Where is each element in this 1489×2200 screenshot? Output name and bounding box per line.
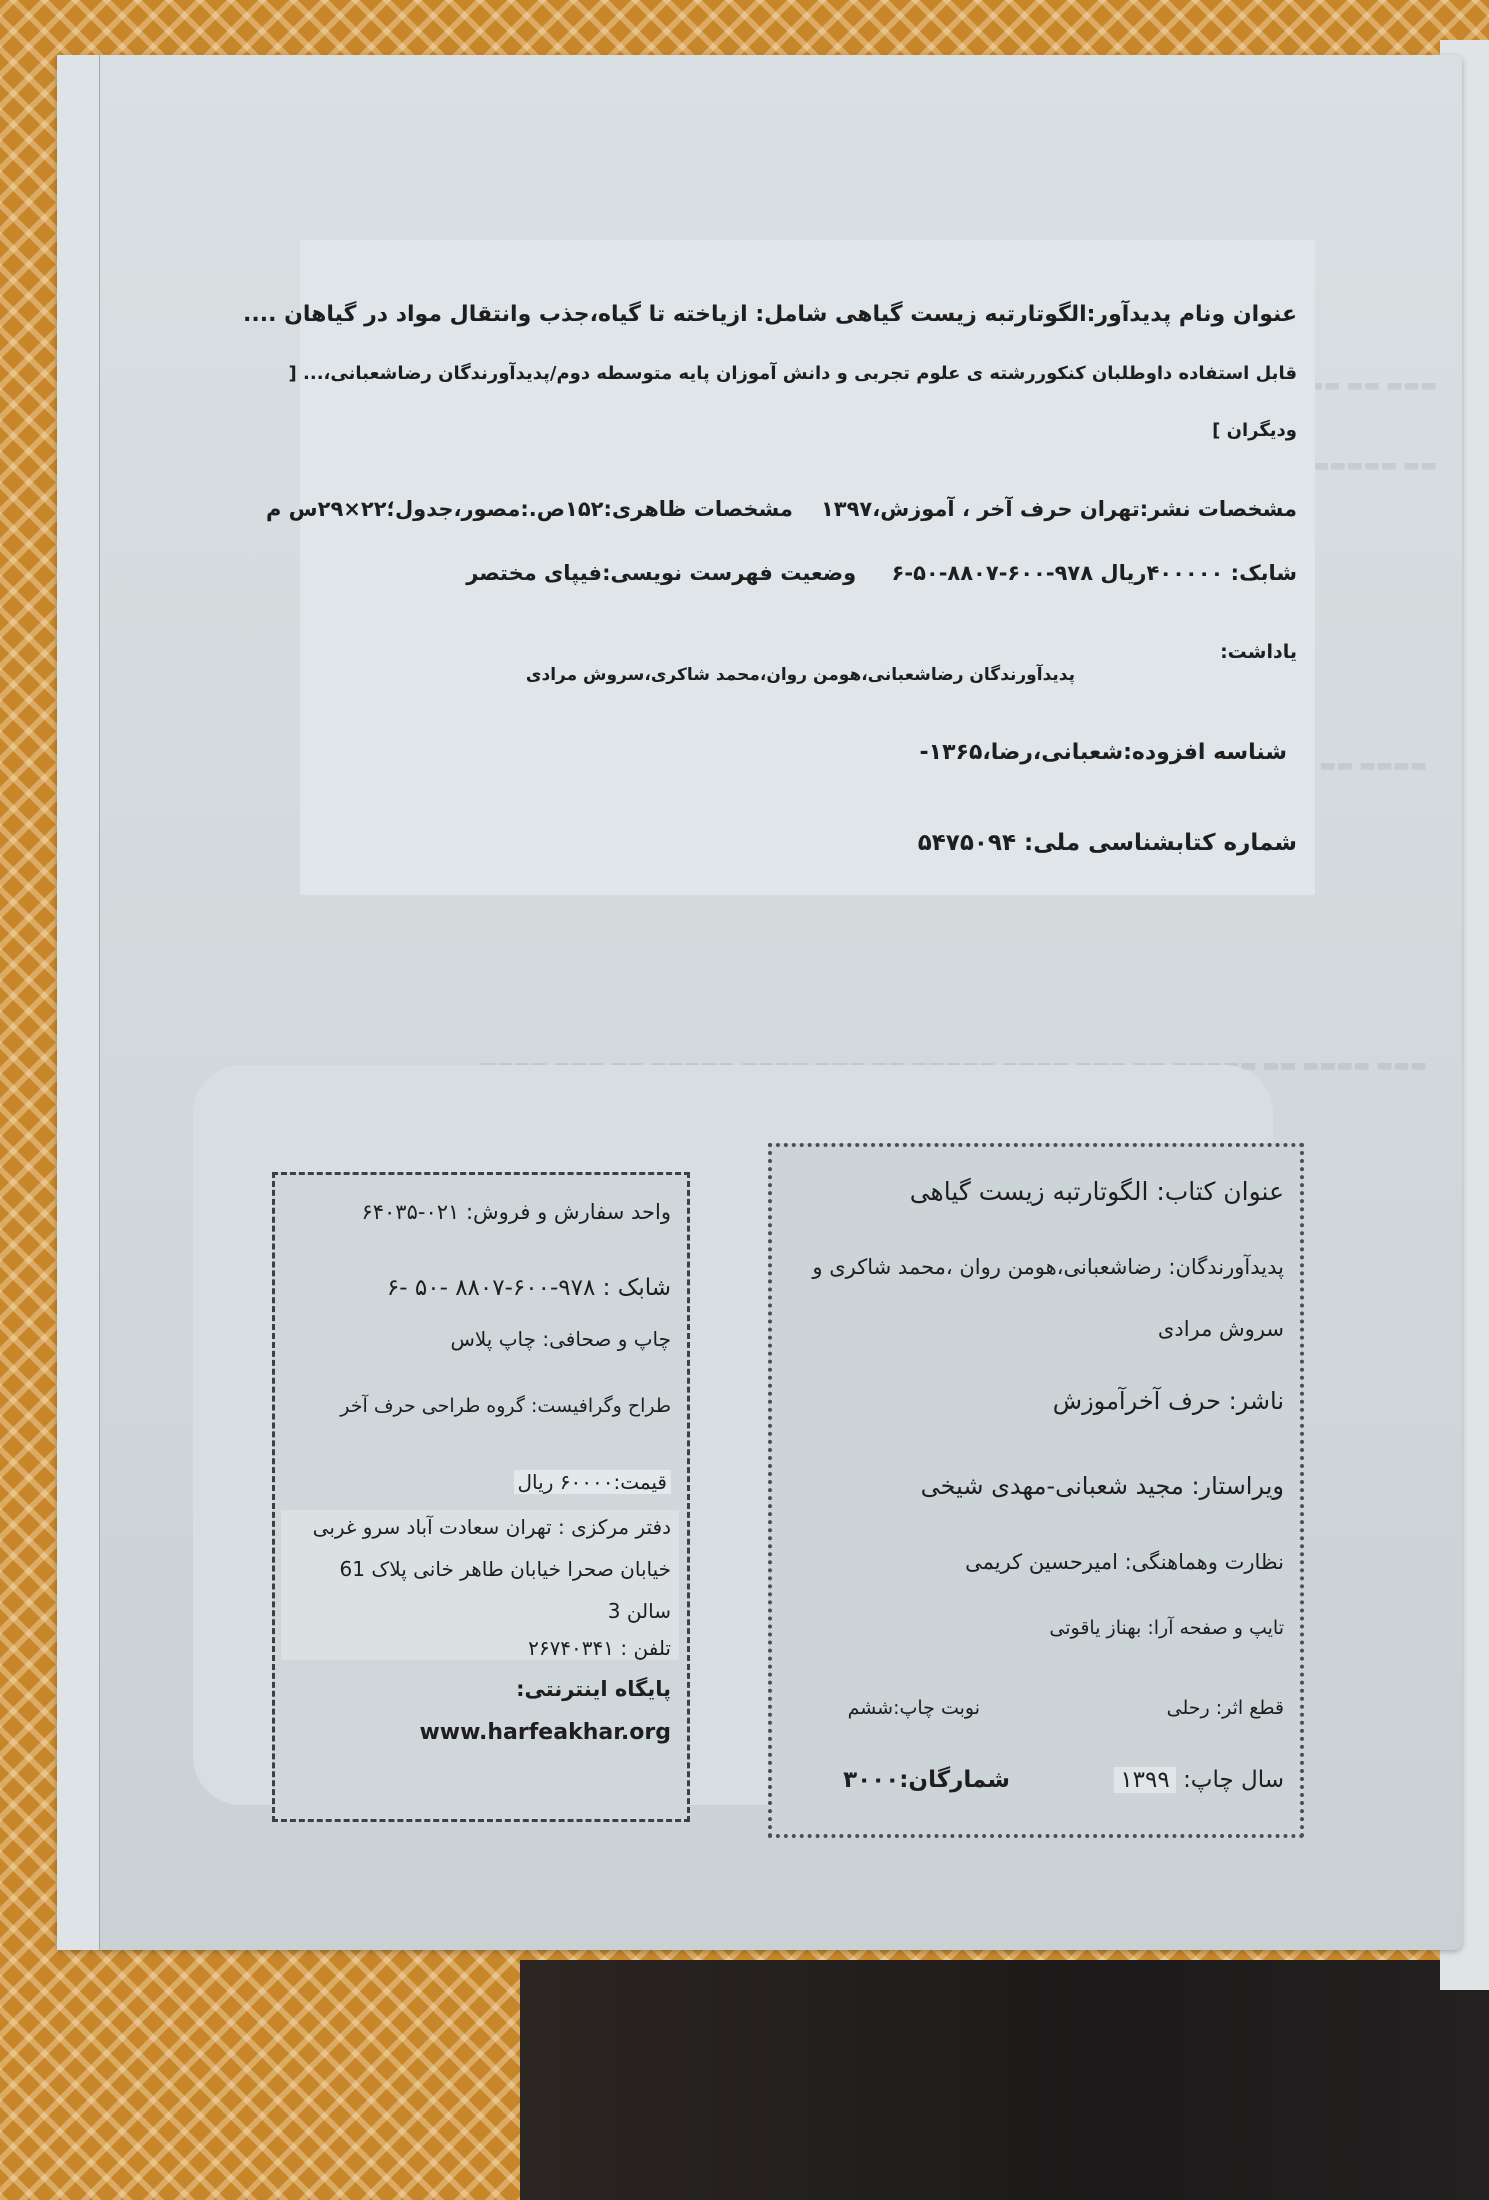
print-round-label: نوبت چاپ: bbox=[893, 1697, 980, 1719]
authors-row: پدیدآورندگان: رضاشعبانی،هومن روان ،محمد … bbox=[788, 1255, 1284, 1279]
website-label: پایگاه اینترنتی: bbox=[285, 1677, 671, 1701]
typesetting-value: بهناز یاقوتی bbox=[1049, 1617, 1141, 1639]
catalog-title-label: عنوان ونام پدیدآور: bbox=[1087, 302, 1297, 327]
print-round-row: نوبت چاپ:ششم bbox=[788, 1697, 980, 1719]
copies-row: شمارگان:۳۰۰۰ bbox=[788, 1767, 1010, 1793]
publisher-label: ناشر: bbox=[1229, 1387, 1284, 1415]
cataloging-in-publication-record: عنوان ونام پدیدآور:الگوتارتبه زیست گیاهی… bbox=[300, 240, 1315, 895]
catalog-isbn-line: شابک: ۴۰۰۰۰۰ریال ۹۷۸-۶۰۰-۸۸۰۷-۵۰-۶ وضعیت… bbox=[318, 561, 1297, 585]
added-entry-value: شعبانی،رضا،۱۳۶۵- bbox=[920, 740, 1124, 765]
book-info-box: عنوان کتاب: الگوتارتبه زیست گیاهی پدیدآو… bbox=[768, 1143, 1304, 1838]
designer-row: طراح وگرافیست: گروه طراحی حرف آخر bbox=[285, 1395, 671, 1417]
contact-isbn-label: شابک : bbox=[603, 1275, 671, 1301]
catalog-title-continuation-2: ودیگران ] bbox=[318, 420, 1297, 441]
printing-label: چاپ و صحافی: bbox=[542, 1327, 671, 1351]
price-label: قیمت: bbox=[613, 1470, 667, 1494]
price-row: قیمت:۶۰۰۰۰ ریال bbox=[285, 1470, 671, 1494]
sales-phone: ۰۲۱-۶۴۰۳۵ bbox=[361, 1200, 459, 1224]
format-label: قطع اثر: bbox=[1216, 1697, 1284, 1719]
copies-label: شمارگان: bbox=[899, 1767, 1010, 1793]
designer-value: گروه طراحی حرف آخر bbox=[340, 1395, 525, 1417]
note-value: پدیدآورندگان رضاشعبانی،هومن روان،محمد شا… bbox=[318, 665, 1075, 685]
print-year-value: ۱۳۹۹ bbox=[1114, 1767, 1175, 1793]
publisher-row: ناشر: حرف آخرآموزش bbox=[788, 1387, 1284, 1415]
format-value: رحلی bbox=[1167, 1697, 1210, 1719]
printing-value: چاپ پلاس bbox=[450, 1327, 536, 1351]
print-year-label: سال چاپ: bbox=[1183, 1767, 1284, 1793]
book-title-row: عنوان کتاب: الگوتارتبه زیست گیاهی bbox=[788, 1177, 1284, 1206]
price-value: ۶۰۰۰۰ ریال bbox=[518, 1470, 614, 1494]
typesetting-row: تایپ و صفحه آرا: بهناز یاقوتی bbox=[788, 1617, 1284, 1639]
physical-label: مشخصات ظاهری: bbox=[604, 497, 793, 521]
cataloging-status-label: وضعیت فهرست نویسی: bbox=[602, 561, 856, 585]
supervision-value: امیرحسین کریمی bbox=[965, 1550, 1118, 1574]
print-round-value: ششم bbox=[848, 1697, 894, 1719]
printing-row: چاپ و صحافی: چاپ پلاس bbox=[285, 1327, 671, 1351]
authors-value: رضاشعبانی،هومن روان ،محمد شاکری و bbox=[812, 1255, 1161, 1279]
address-line-3: سالن 3 bbox=[285, 1599, 671, 1623]
sales-row: واحد سفارش و فروش: ۰۲۱-۶۴۰۳۵ bbox=[285, 1200, 671, 1224]
catalog-publication-line: مشخصات نشر:تهران حرف آخر ، آموزش،۱۳۹۷مشخ… bbox=[318, 497, 1297, 521]
added-entry-label: شناسه افزوده: bbox=[1123, 740, 1287, 765]
publisher-value: حرف آخرآموزش bbox=[1053, 1387, 1221, 1415]
supervision-label: نظارت وهماهنگی: bbox=[1125, 1550, 1284, 1574]
editor-row: ویراستار: مجید شعبانی-مهدی شیخی bbox=[788, 1472, 1284, 1500]
phone-value: ۲۶۷۴۰۳۴۱ bbox=[528, 1636, 614, 1660]
isbn-price: ۴۰۰۰۰۰ریال bbox=[1100, 561, 1223, 585]
catalog-title-continuation: قابل استفاده داوطلبان کنکوررشته ی علوم ت… bbox=[318, 363, 1297, 384]
phone-row: تلفن : ۲۶۷۴۰۳۴۱ bbox=[285, 1636, 671, 1660]
address-line-2: خیابان صحرا خیابان طاهر خانی پلاک 61 bbox=[285, 1557, 671, 1581]
sales-label: واحد سفارش و فروش: bbox=[466, 1200, 671, 1224]
typesetting-label: تایپ و صفحه آرا: bbox=[1147, 1617, 1284, 1639]
editor-value: مجید شعبانی-مهدی شیخی bbox=[921, 1472, 1184, 1500]
national-bib-value: ۵۴۷۵۰۹۴ bbox=[918, 830, 1016, 856]
designer-label: طراح وگرافیست: bbox=[531, 1395, 671, 1417]
background-floor bbox=[520, 1960, 1489, 2200]
national-bib-label: شماره کتابشناسی ملی: bbox=[1024, 830, 1297, 856]
isbn-value: ۹۷۸-۶۰۰-۸۸۰۷-۵۰-۶ bbox=[892, 561, 1094, 585]
publication-label: مشخصات نشر: bbox=[1140, 497, 1297, 521]
contact-isbn-value: ۹۷۸-۶۰۰-۸۸۰۷ -۵۰ -۶ bbox=[387, 1275, 596, 1301]
copies-value: ۳۰۰۰ bbox=[843, 1767, 899, 1793]
physical-value: ۱۵۲ص.:مصور،جدول؛۲۲×۲۹س م bbox=[266, 497, 604, 521]
page-binding-margin bbox=[57, 55, 100, 1950]
address-line-1: دفتر مرکزی : تهران سعادت آباد سرو غربی bbox=[285, 1515, 671, 1539]
cataloging-status-value: فیپای مختصر bbox=[466, 561, 602, 585]
publisher-contact-box: واحد سفارش و فروش: ۰۲۱-۶۴۰۳۵ شابک : ۹۷۸-… bbox=[272, 1172, 690, 1822]
book-title-value: الگوتارتبه زیست گیاهی bbox=[910, 1177, 1149, 1206]
national-bibliography-line: شماره کتابشناسی ملی: ۵۴۷۵۰۹۴ bbox=[318, 830, 1297, 856]
authors-label: پدیدآورندگان: bbox=[1168, 1255, 1284, 1279]
book-title-label: عنوان کتاب: bbox=[1156, 1177, 1284, 1206]
supervision-row: نظارت وهماهنگی: امیرحسین کریمی bbox=[788, 1550, 1284, 1574]
editor-label: ویراستار: bbox=[1191, 1472, 1284, 1500]
authors-continuation: سروش مرادی bbox=[788, 1317, 1284, 1341]
phone-label: تلفن : bbox=[620, 1636, 671, 1660]
added-entry-line: شناسه افزوده:شعبانی،رضا،۱۳۶۵- bbox=[318, 740, 1287, 765]
isbn-label: شابک: bbox=[1231, 561, 1297, 585]
catalog-title-value: الگوتارتبه زیست گیاهی شامل: ازیاخته تا گ… bbox=[243, 302, 1087, 327]
note-label: یاداشت: bbox=[318, 641, 1297, 663]
website-url: www.harfeakhar.org bbox=[285, 1720, 671, 1745]
price-highlight: قیمت:۶۰۰۰۰ ریال bbox=[514, 1470, 671, 1494]
isbn-row: شابک : ۹۷۸-۶۰۰-۸۸۰۷ -۵۰ -۶ bbox=[285, 1275, 671, 1301]
catalog-title-line: عنوان ونام پدیدآور:الگوتارتبه زیست گیاهی… bbox=[318, 302, 1297, 327]
publication-value: تهران حرف آخر ، آموزش،۱۳۹۷ bbox=[821, 497, 1140, 521]
